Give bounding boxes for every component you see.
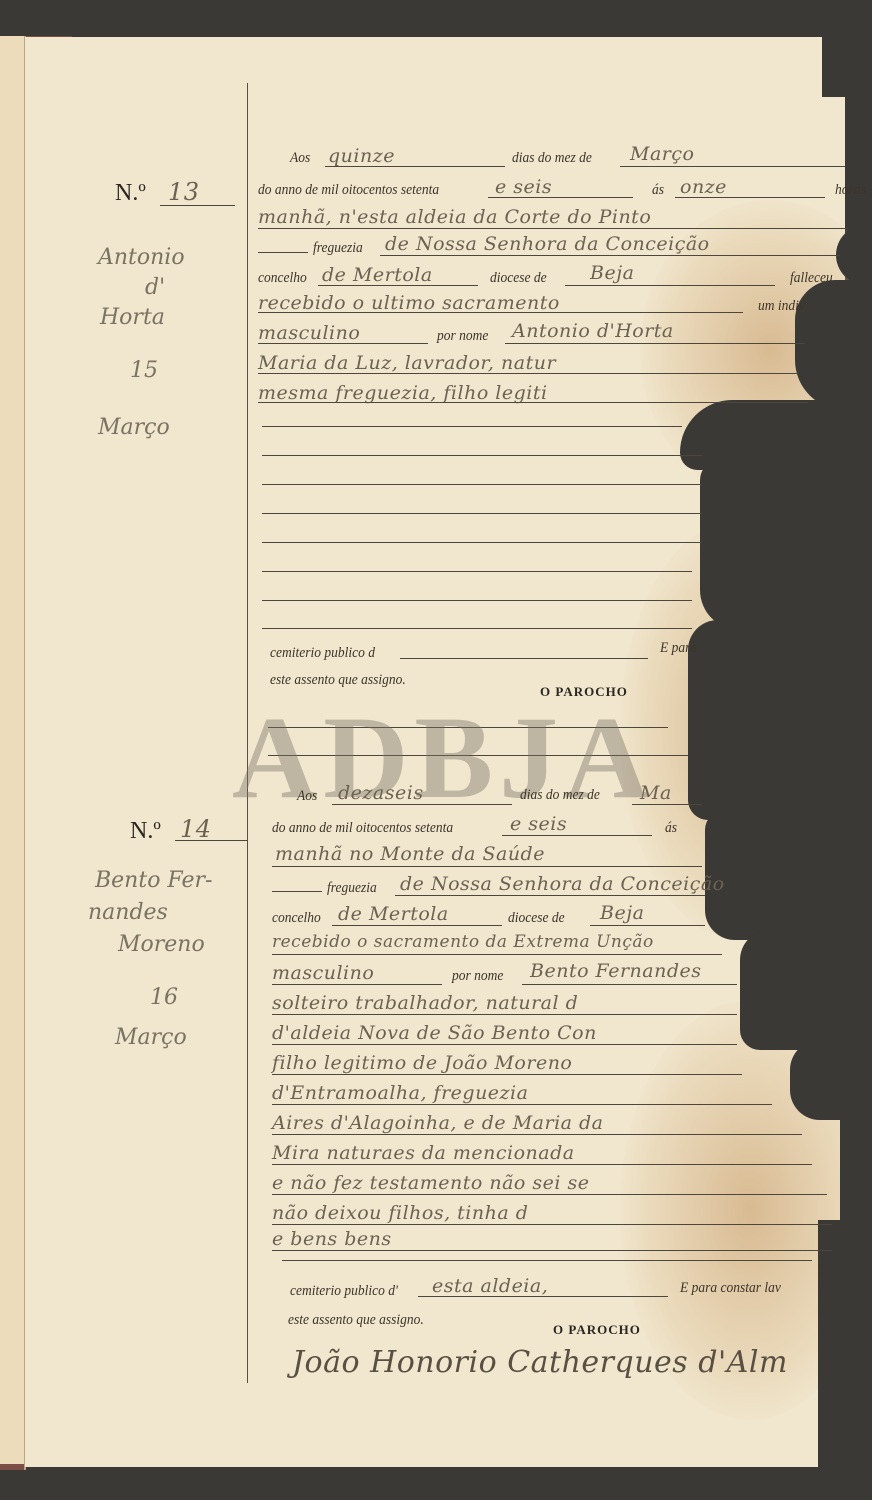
- printed-label: por nome: [437, 328, 488, 345]
- rule: [258, 312, 743, 313]
- rule: [395, 895, 705, 896]
- rule: [488, 197, 633, 198]
- rule: [380, 255, 840, 256]
- handwritten-line: Aires d'Alagoinha, e de Maria da: [272, 1112, 604, 1134]
- printed-label: horas: [835, 182, 866, 199]
- torn-edge: [705, 810, 872, 940]
- handwritten-year: e seis: [495, 176, 552, 198]
- margin-name: Moreno: [118, 932, 205, 957]
- rule: [258, 252, 308, 253]
- table-background: [0, 1470, 872, 1500]
- rule: [620, 166, 845, 167]
- rule: [332, 804, 512, 805]
- margin-date-day: 15: [130, 358, 158, 383]
- handwritten-line: e não fez testamento não sei se: [272, 1172, 590, 1194]
- handwritten-parish: de Nossa Senhora da Conceição: [400, 873, 725, 895]
- margin-date-day: 16: [150, 985, 178, 1010]
- printed-label: diocese de: [490, 270, 547, 287]
- handwritten-name: Bento Fernandes: [530, 960, 702, 982]
- rule: [262, 571, 692, 572]
- handwritten-month: Ma: [640, 782, 672, 804]
- handwritten-year: e seis: [510, 813, 567, 835]
- handwritten-line: d'Entramoalha, freguezia: [272, 1082, 528, 1104]
- rule: [262, 600, 692, 601]
- printed-label: dias do mez de: [512, 150, 592, 167]
- rule: [332, 925, 502, 926]
- printed-label: por nome: [452, 968, 503, 985]
- handwritten-line: Mira naturaes da mencionada: [272, 1142, 575, 1164]
- archive-watermark: ADBJA: [232, 690, 655, 826]
- rule: [272, 866, 702, 867]
- margin-name: Antonio: [98, 245, 185, 270]
- book-spine: [0, 36, 26, 1481]
- handwritten-line: recebido o ultimo sacramento: [258, 292, 560, 314]
- handwritten-diocese: Beja: [590, 262, 634, 284]
- rule: [272, 1224, 832, 1225]
- rule: [318, 285, 478, 286]
- entry-number: 13: [168, 178, 200, 206]
- printed-label: E para: [660, 640, 697, 657]
- handwritten-sex: masculino: [258, 322, 360, 344]
- margin-name: nandes: [88, 900, 168, 925]
- rule: [632, 804, 702, 805]
- handwritten-parish: de Nossa Senhora da Conceição: [385, 233, 710, 255]
- margin-name: d': [145, 275, 165, 300]
- rule: [565, 285, 775, 286]
- margin-name: Horta: [100, 305, 165, 330]
- rule: [160, 205, 235, 206]
- rule: [272, 1134, 802, 1135]
- printed-label: Aos: [290, 150, 310, 167]
- handwritten-hour: onze: [680, 176, 727, 198]
- rule: [258, 402, 808, 403]
- handwritten-cemetery: esta aldeia,: [432, 1275, 548, 1297]
- rule: [272, 1104, 772, 1105]
- rule: [522, 984, 737, 985]
- rule: [505, 343, 805, 344]
- printed-label: do anno de mil oitocentos setenta: [258, 182, 439, 199]
- printed-label: E para constar lav: [680, 1280, 781, 1297]
- priest-signature: João Honorio Catherques d'Alm: [292, 1345, 788, 1380]
- rule: [258, 228, 848, 229]
- rule: [262, 455, 702, 456]
- torn-edge: [818, 1220, 872, 1500]
- printed-label: cemiterio publico d': [290, 1283, 398, 1300]
- handwritten-line: d'aldeia Nova de São Bento Con: [272, 1022, 597, 1044]
- printed-label: um indiv: [758, 298, 805, 315]
- torn-edge: [790, 1040, 872, 1120]
- handwritten-line: filho legitimo de João Moreno: [272, 1052, 572, 1074]
- rule: [258, 343, 428, 344]
- rule: [272, 954, 722, 955]
- printed-label: do anno de mil oitocentos setenta: [272, 820, 453, 837]
- entry-number-label: N.º: [115, 180, 146, 207]
- rule: [272, 891, 322, 892]
- rule: [262, 628, 692, 629]
- printed-label: cemiterio publico d: [270, 645, 375, 662]
- entry-number: 14: [180, 815, 212, 843]
- rule: [272, 1074, 742, 1075]
- handwritten-line: não deixou filhos, tinha d: [272, 1202, 528, 1224]
- printed-label: freguezia: [313, 240, 363, 257]
- handwritten-line: manhã, n'esta aldeia da Corte do Pinto: [258, 206, 651, 228]
- parish-priest-label: O PAROCHO: [553, 1322, 641, 1338]
- margin-date-month: Março: [98, 415, 170, 440]
- handwritten-municipality: de Mertola: [322, 264, 433, 286]
- torn-edge: [795, 280, 872, 410]
- handwritten-month: Março: [630, 143, 694, 165]
- rule: [262, 426, 682, 427]
- handwritten-sex: masculino: [272, 962, 374, 984]
- rule: [258, 373, 798, 374]
- torn-edge: [846, 90, 872, 230]
- printed-label: concelho: [272, 910, 321, 927]
- torn-edge: [822, 37, 872, 97]
- rule: [272, 1164, 812, 1165]
- handwritten-line: Maria da Luz, lavrador, natur: [258, 352, 556, 374]
- rule: [418, 1296, 668, 1297]
- rule: [262, 542, 702, 543]
- handwritten-municipality: de Mertola: [338, 903, 449, 925]
- entry-number-label: N.º: [130, 818, 161, 845]
- rule: [272, 984, 442, 985]
- rule: [590, 925, 705, 926]
- torn-edge: [840, 1110, 872, 1230]
- handwritten-line: e bens bens: [272, 1228, 392, 1250]
- rule: [282, 1260, 812, 1261]
- printed-label: este assento que assigno.: [270, 672, 406, 689]
- torn-edge: [700, 460, 872, 630]
- rule: [262, 513, 702, 514]
- torn-edge: [740, 930, 872, 1050]
- handwritten-line: mesma freguezia, filho legiti: [258, 382, 548, 404]
- rule: [272, 1014, 737, 1015]
- margin-name: Bento Fer-: [95, 868, 212, 893]
- rule: [502, 835, 652, 836]
- table-background: [0, 0, 872, 36]
- printed-label: ás: [665, 820, 677, 837]
- rule: [272, 1194, 827, 1195]
- handwritten-line: recebido o sacramento da Extrema Unção: [272, 932, 654, 952]
- printed-label: dias do mez de: [520, 787, 600, 804]
- handwritten-line: manhã no Monte da Saúde: [275, 843, 545, 865]
- handwritten-day: dezaseis: [338, 782, 424, 804]
- rule: [272, 1044, 737, 1045]
- rule: [175, 840, 247, 841]
- margin-date-month: Março: [115, 1025, 187, 1050]
- printed-label: ás: [652, 182, 664, 199]
- rule: [272, 1250, 832, 1251]
- torn-edge: [688, 620, 872, 820]
- handwritten-line: solteiro trabalhador, natural d: [272, 992, 578, 1014]
- handwritten-day: quinze: [328, 145, 395, 167]
- rule: [262, 484, 702, 485]
- rule: [400, 658, 648, 659]
- printed-label: este assento que assigno.: [288, 1312, 424, 1329]
- printed-label: freguezia: [327, 880, 377, 897]
- rule: [325, 166, 505, 167]
- printed-label: falleceu: [790, 270, 833, 287]
- handwritten-name: Antonio d'Horta: [512, 320, 674, 342]
- printed-label: Aos: [297, 788, 317, 805]
- rule: [675, 197, 825, 198]
- handwritten-diocese: Beja: [600, 902, 644, 924]
- printed-label: concelho: [258, 270, 307, 287]
- printed-label: diocese de: [508, 910, 565, 927]
